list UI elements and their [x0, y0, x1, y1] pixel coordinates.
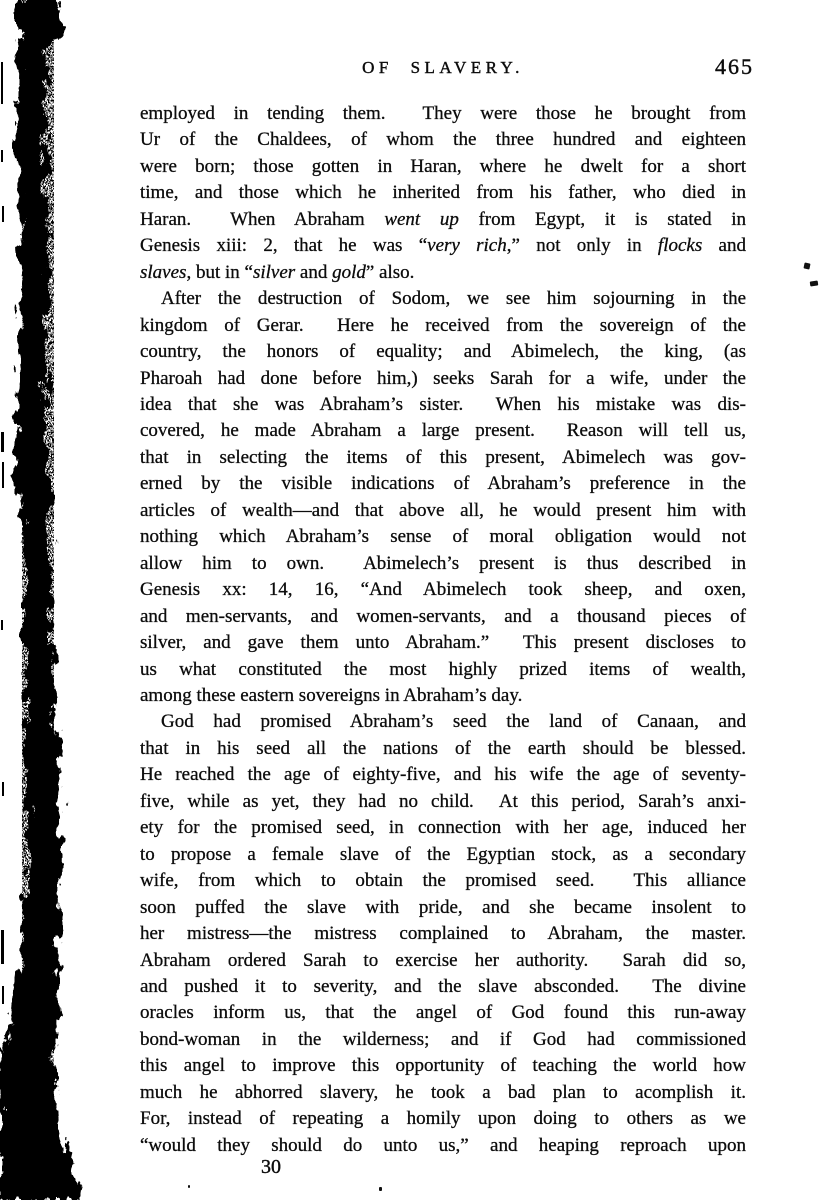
text-line: and men-servants, and women-servants, an… [140, 604, 746, 630]
text-line: us what constituted the most highly priz… [140, 657, 746, 683]
text-line: that in his seed all the nations of the … [140, 736, 746, 762]
text-line: wife, from which to obtain the promised … [140, 868, 746, 894]
text-line: articles of wealth—and that above all, h… [140, 498, 746, 524]
text-line: bond-woman in the wilderness; and if God… [140, 1027, 746, 1053]
text-line: idea that she was Abraham’s sister. When… [140, 392, 746, 418]
text-line: allow him to own. Abimelech’s present is… [140, 551, 746, 577]
text-line: Abraham ordered Sarah to exercise her au… [140, 948, 746, 974]
text-line: country, the honors of equality; and Abi… [140, 339, 746, 365]
text-line: nothing which Abraham’s sense of moral o… [140, 524, 746, 550]
text-line: God had promised Abraham’s seed the land… [140, 709, 746, 735]
text-line: ety for the promised seed, in connection… [140, 815, 746, 841]
text-line: After the destruction of Sodom, we see h… [140, 286, 746, 312]
text-line: oracles inform us, that the angel of God… [140, 1000, 746, 1026]
text-line: among these eastern sovereigns in Abraha… [140, 683, 746, 709]
binding-shadow-artifact [0, 0, 100, 1200]
paragraph: God had promised Abraham’s seed the land… [140, 709, 746, 1159]
text-line: slaves, but in “silver and gold” also. [140, 260, 746, 286]
text-line: silver, and gave them unto Abraham.” Thi… [140, 630, 746, 656]
text-line: covered, he made Abraham a large present… [140, 418, 746, 444]
text-line: much he abhorred slavery, he took a bad … [140, 1080, 746, 1106]
page-number: 465 [715, 54, 754, 80]
text-line: and pushed it to severity, and the slave… [140, 974, 746, 1000]
book-page-scan: OF SLAVERY. 465 employed in tending them… [0, 0, 826, 1200]
text-line: five, while as yet, they had no child. A… [140, 789, 746, 815]
running-head-title: OF SLAVERY. [140, 58, 746, 78]
text-line: this angel to improve this opportunity o… [140, 1053, 746, 1079]
paragraph: After the destruction of Sodom, we see h… [140, 286, 746, 709]
text-line: employed in tending them. They were thos… [140, 101, 746, 127]
ink-speck [803, 262, 810, 269]
text-line: Genesis xiii: 2, that he was “very rich,… [140, 233, 746, 259]
ink-speck [188, 1185, 190, 1188]
text-line: Ur of the Chaldees, of whom the three hu… [140, 127, 746, 153]
page-body: employed in tending them. They were thos… [140, 101, 746, 1159]
text-line: He reached the age of eighty-five, and h… [140, 762, 746, 788]
text-line: erned by the visible indications of Abra… [140, 471, 746, 497]
text-line: to propose a female slave of the Egyptia… [140, 842, 746, 868]
paragraph: employed in tending them. They were thos… [140, 101, 746, 286]
text-line: her mistress—the mistress complained to … [140, 921, 746, 947]
text-line: Pharoah had done before him,) seeks Sara… [140, 366, 746, 392]
text-line: kingdom of Gerar. Here he received from … [140, 313, 746, 339]
ink-speck [810, 280, 819, 286]
page-header: OF SLAVERY. 465 [140, 58, 746, 78]
text-line: “would they should do unto us,” and heap… [140, 1133, 746, 1159]
text-line: soon puffed the slave with pride, and sh… [140, 895, 746, 921]
text-line: were born; those gotten in Haran, where … [140, 154, 746, 180]
text-line: Haran. When Abraham went up from Egypt, … [140, 207, 746, 233]
text-line: that in selecting the items of this pres… [140, 445, 746, 471]
text-line: Genesis xx: 14, 16, “And Abimelech took … [140, 577, 746, 603]
signature-mark: 30 [261, 1156, 281, 1179]
text-line: For, instead of repeating a homily upon … [140, 1106, 746, 1132]
ink-speck [379, 1187, 382, 1191]
text-line: time, and those which he inherited from … [140, 180, 746, 206]
